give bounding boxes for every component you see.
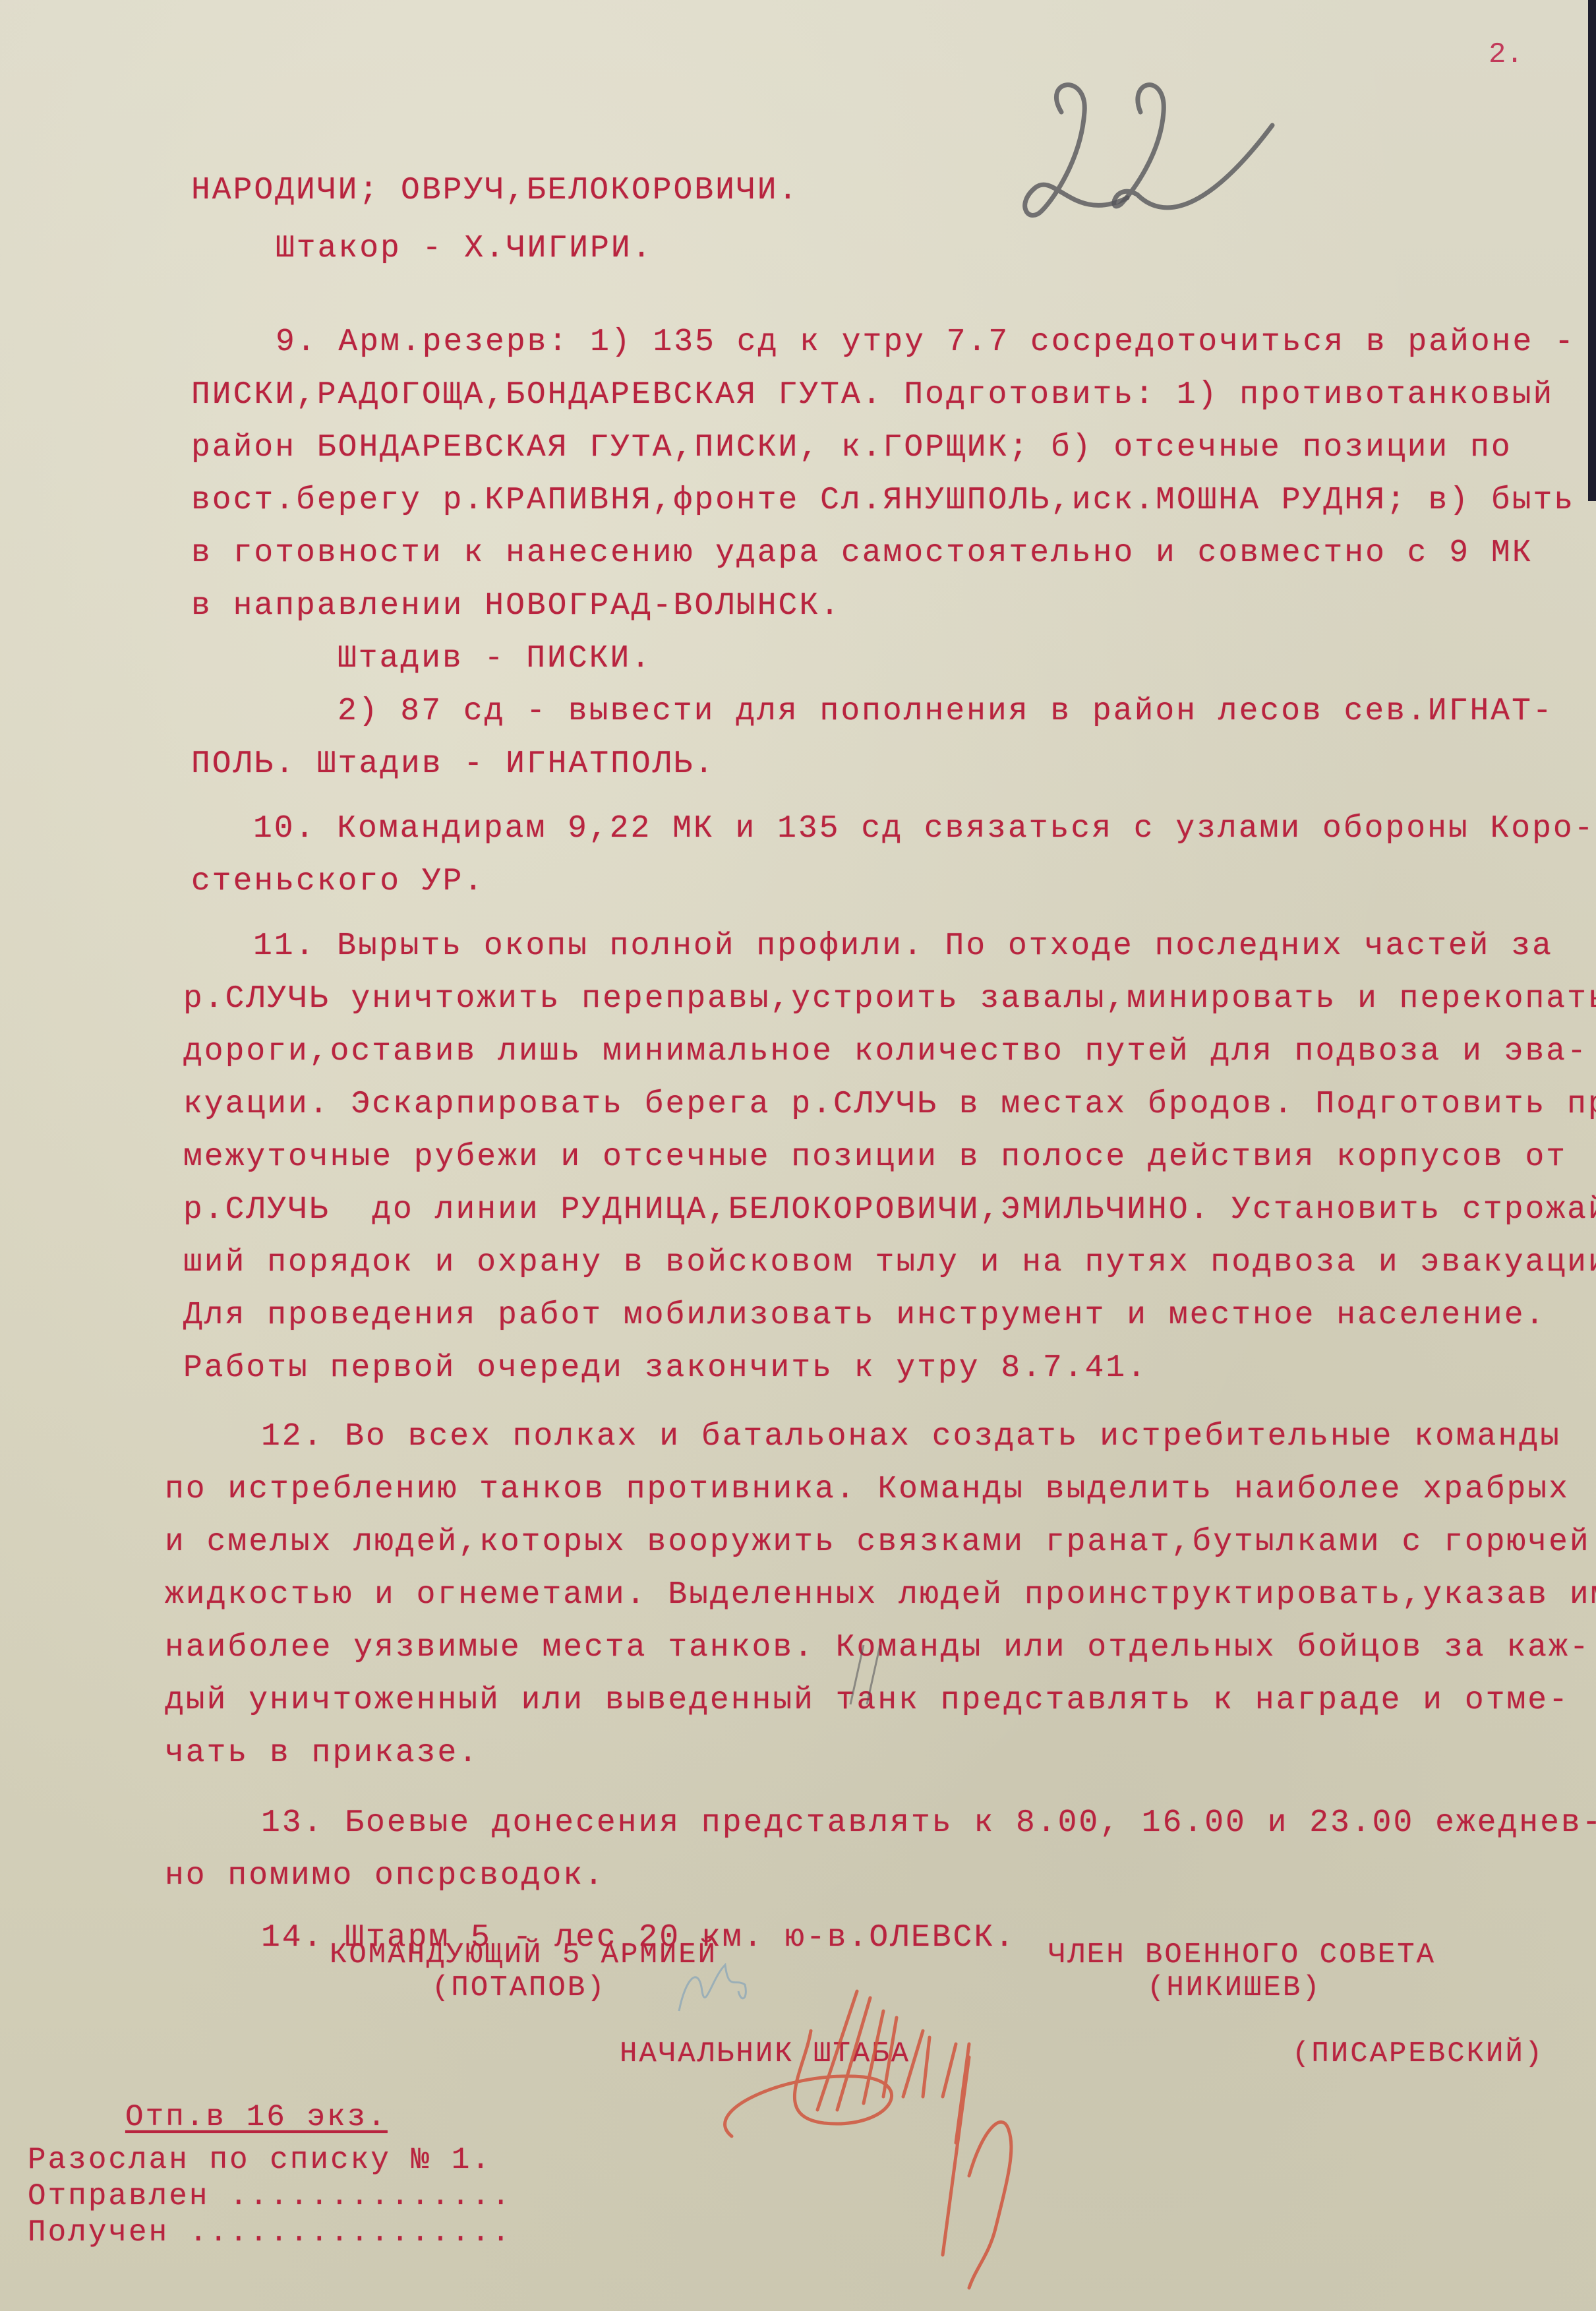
- paragraph-13-line: 13. Боевые донесения представлять к 8.00…: [261, 1805, 1596, 1841]
- paragraph-10-line: 10. Командирам 9,22 МК и 135 сд связатьс…: [253, 811, 1595, 847]
- red-pencil-signature: [692, 1978, 1154, 2295]
- paragraph-11-line: дороги,оставив лишь минимальное количест…: [183, 1034, 1588, 1069]
- sent-field: Отправлен ..............: [28, 2179, 512, 2213]
- paragraph-9-line: Штадив - ПИСКИ.: [338, 641, 652, 676]
- paragraph-13-line: но помимо опсрсводок.: [165, 1858, 605, 1894]
- text-line: Штакор - Х.ЧИГИРИ.: [276, 231, 653, 266]
- scan-edge: [1588, 0, 1596, 501]
- commander-name: (ПОТАПОВ): [432, 1971, 606, 2004]
- paragraph-11-line: куации. Эскарпировать берега р.СЛУЧЬ в м…: [183, 1087, 1596, 1122]
- paragraph-11-line: р.СЛУЧЬ до линии РУДНИЦА,БЕЛОКОРОВИЧИ,ЭМ…: [183, 1192, 1596, 1228]
- paragraph-11-line: межуточные рубежи и отсечные позиции в п…: [183, 1139, 1567, 1175]
- council-member-title: ЧЛЕН ВОЕННОГО СОВЕТА: [1048, 1938, 1436, 1971]
- chief-of-staff-name: (ПИСАРЕВСКИЙ): [1292, 2037, 1544, 2070]
- copies-count: Отп.в 16 экз.: [125, 2100, 388, 2134]
- paragraph-9-line: ПОЛЬ. Штадив - ИГНАТПОЛЬ.: [191, 746, 715, 782]
- paragraph-12-line: и смелых людей,которых вооружить связкам…: [165, 1524, 1591, 1560]
- paragraph-12-line: по истреблению танков противника. Команд…: [165, 1472, 1570, 1507]
- paragraph-11-line: ший порядок и охрану в войсковом тылу и …: [183, 1245, 1596, 1280]
- text-line: НАРОДИЧИ; ОВРУЧ,БЕЛОКОРОВИЧИ.: [191, 173, 799, 208]
- paragraph-9-line: в готовности к нанесению удара самостоят…: [191, 535, 1533, 571]
- paragraph-11-line: р.СЛУЧЬ уничтожить переправы,устроить за…: [183, 981, 1596, 1017]
- paragraph-10-line: стеньского УР.: [191, 864, 485, 899]
- handwritten-archive-number: [1015, 73, 1358, 231]
- council-member-name: (НИКИШЕВ): [1147, 1971, 1322, 2004]
- paragraph-12-line: чать в приказе.: [165, 1735, 479, 1771]
- paragraph-9-line: район БОНДАРЕВСКАЯ ГУТА,ПИСКИ, к.ГОРЩИК;…: [191, 430, 1512, 465]
- paragraph-11-line: Для проведения работ мобилизовать инстру…: [183, 1298, 1546, 1333]
- paragraph-11-line: Работы первой очереди закончить к утру 8…: [183, 1350, 1148, 1386]
- paragraph-9-line: ПИСКИ,РАДОГОЩА,БОНДАРЕВСКАЯ ГУТА. Подгот…: [191, 377, 1554, 413]
- received-field: Получен ................: [28, 2215, 512, 2250]
- paragraph-12-line: жидкостью и огнеметами. Выделенных людей…: [165, 1577, 1596, 1613]
- paragraph-11-line: 11. Вырыть окопы полной профили. По отхо…: [253, 928, 1553, 964]
- page-number: 2.: [1489, 38, 1523, 71]
- paragraph-9-line: 9. Арм.резерв: 1) 135 сд к утру 7.7 соср…: [276, 324, 1576, 360]
- paragraph-9-line: вост.берегу р.КРАПИВНЯ,фронте Сл.ЯНУШПОЛ…: [191, 483, 1575, 518]
- commander-title: КОМАНДУЮЩИЙ 5 АРМИЕЙ: [330, 1938, 717, 1971]
- paragraph-9-line: 2) 87 сд - вывести для пополнения в райо…: [338, 694, 1554, 729]
- paragraph-12-line: 12. Во всех полках и батальонах создать …: [261, 1419, 1561, 1455]
- pencil-slash-mark: [844, 1642, 883, 1708]
- distribution-list: Разослан по списку № 1.: [28, 2143, 492, 2177]
- paragraph-9-line: в направлении НОВОГРАД-ВОЛЫНСК.: [191, 588, 841, 624]
